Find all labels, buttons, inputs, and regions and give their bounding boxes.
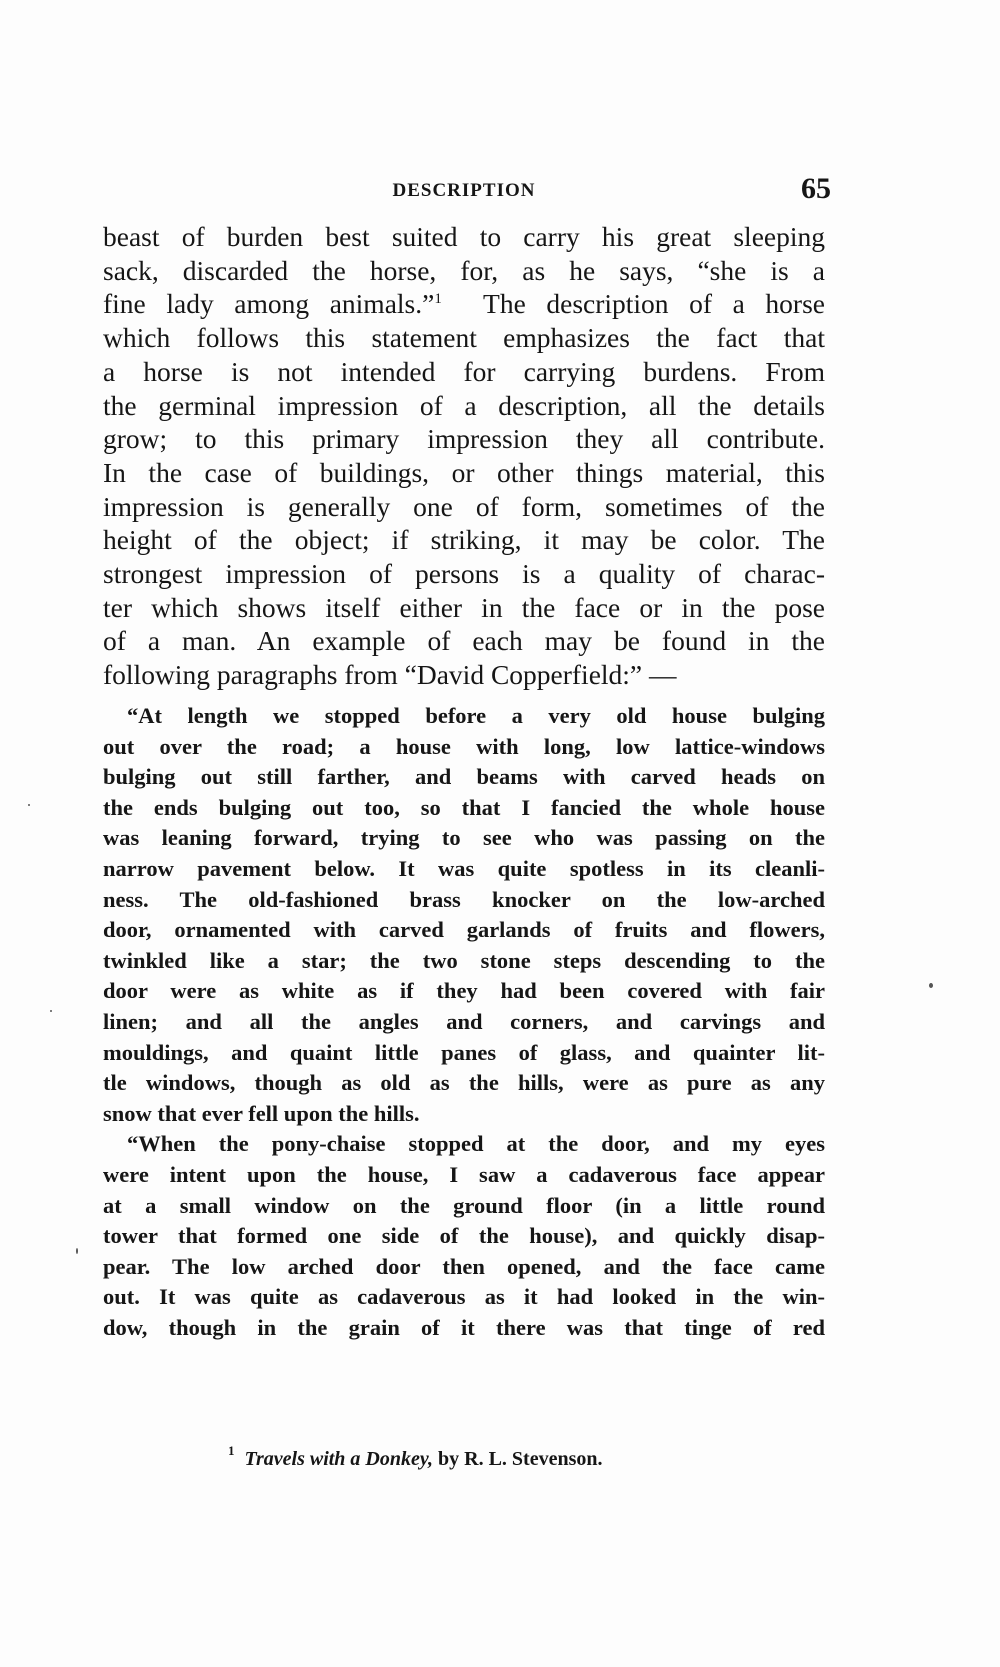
quote-line: tower that formed one side of the house)… (103, 1221, 825, 1252)
text-line: impression is generally one of form, som… (103, 490, 825, 524)
text-line: beast of burden best suited to carry his… (103, 220, 825, 254)
quote-line: ness. The old-fashioned brass knocker on… (103, 885, 825, 916)
text-line: which follows this statement emphasizes … (103, 321, 825, 355)
text-line: ter which shows itself either in the fac… (103, 591, 825, 625)
book-page: DESCRIPTION 65 beast of burden best suit… (0, 0, 1000, 1667)
quote-line: narrow pavement below. It was quite spot… (103, 854, 825, 885)
quote-line: mouldings, and quaint little panes of gl… (103, 1038, 825, 1069)
quote-line: bulging out still farther, and beams wit… (103, 762, 825, 793)
text-line: following paragraphs from “David Copperf… (103, 658, 825, 692)
quote-line: twinkled like a star; the two stone step… (103, 946, 825, 977)
footnote-author: by R. L. Stevenson. (433, 1448, 602, 1470)
footnote-marker: 1 (228, 1443, 235, 1458)
text-fragment: fine lady among animals.” (103, 288, 434, 319)
scan-speck (76, 1248, 78, 1254)
body-paragraph: beast of burden best suited to carry his… (103, 220, 825, 692)
footnote-reference: 1 (434, 291, 442, 307)
quote-line: were intent upon the house, I saw a cada… (103, 1160, 825, 1191)
page-number: 65 (801, 172, 831, 206)
quote-line: “At length we stopped before a very old … (103, 701, 825, 732)
text-line: fine lady among animals.”1 The descripti… (103, 287, 825, 321)
quote-line: out. It was quite as cadaverous as it ha… (103, 1282, 825, 1313)
quote-line: tle windows, though as old as the hills,… (103, 1068, 825, 1099)
text-line: sack, discarded the horse, for, as he sa… (103, 254, 825, 288)
quote-line: snow that ever fell upon the hills. (103, 1099, 825, 1130)
text-line: grow; to this primary impression they al… (103, 422, 825, 456)
scan-speck (929, 983, 933, 988)
quote-line: linen; and all the angles and corners, a… (103, 1007, 825, 1038)
quote-line: door were as white as if they had been c… (103, 976, 825, 1007)
block-quote: “At length we stopped before a very old … (103, 701, 825, 1343)
quote-line: door, ornamented with carved garlands of… (103, 915, 825, 946)
quote-line: the ends bulging out too, so that I fanc… (103, 793, 825, 824)
quote-line: dow, though in the grain of it there was… (103, 1313, 825, 1344)
quote-line: was leaning forward, trying to see who w… (103, 823, 825, 854)
quote-line: out over the road; a house with long, lo… (103, 732, 825, 763)
scan-speck (50, 1010, 52, 1012)
text-line: the germinal impression of a description… (103, 389, 825, 423)
page-header: DESCRIPTION 65 (103, 172, 825, 212)
text-line: height of the object; if striking, it ma… (103, 523, 825, 557)
text-line: strongest impression of persons is a qua… (103, 557, 825, 591)
quote-line: at a small window on the ground floor (i… (103, 1191, 825, 1222)
scan-speck (28, 804, 30, 806)
text-fragment: The description of a horse (483, 288, 825, 319)
footnote: 1Travels with a Donkey, by R. L. Stevens… (228, 1448, 603, 1471)
text-line: a horse is not intended for carrying bur… (103, 355, 825, 389)
footnote-title: Travels with a Donkey, (245, 1448, 434, 1470)
text-line: In the case of buildings, or other thing… (103, 456, 825, 490)
running-head: DESCRIPTION (103, 180, 825, 202)
text-line: of a man. An example of each may be foun… (103, 624, 825, 658)
quote-line: “When the pony-chaise stopped at the doo… (103, 1129, 825, 1160)
quote-line: pear. The low arched door then opened, a… (103, 1252, 825, 1283)
